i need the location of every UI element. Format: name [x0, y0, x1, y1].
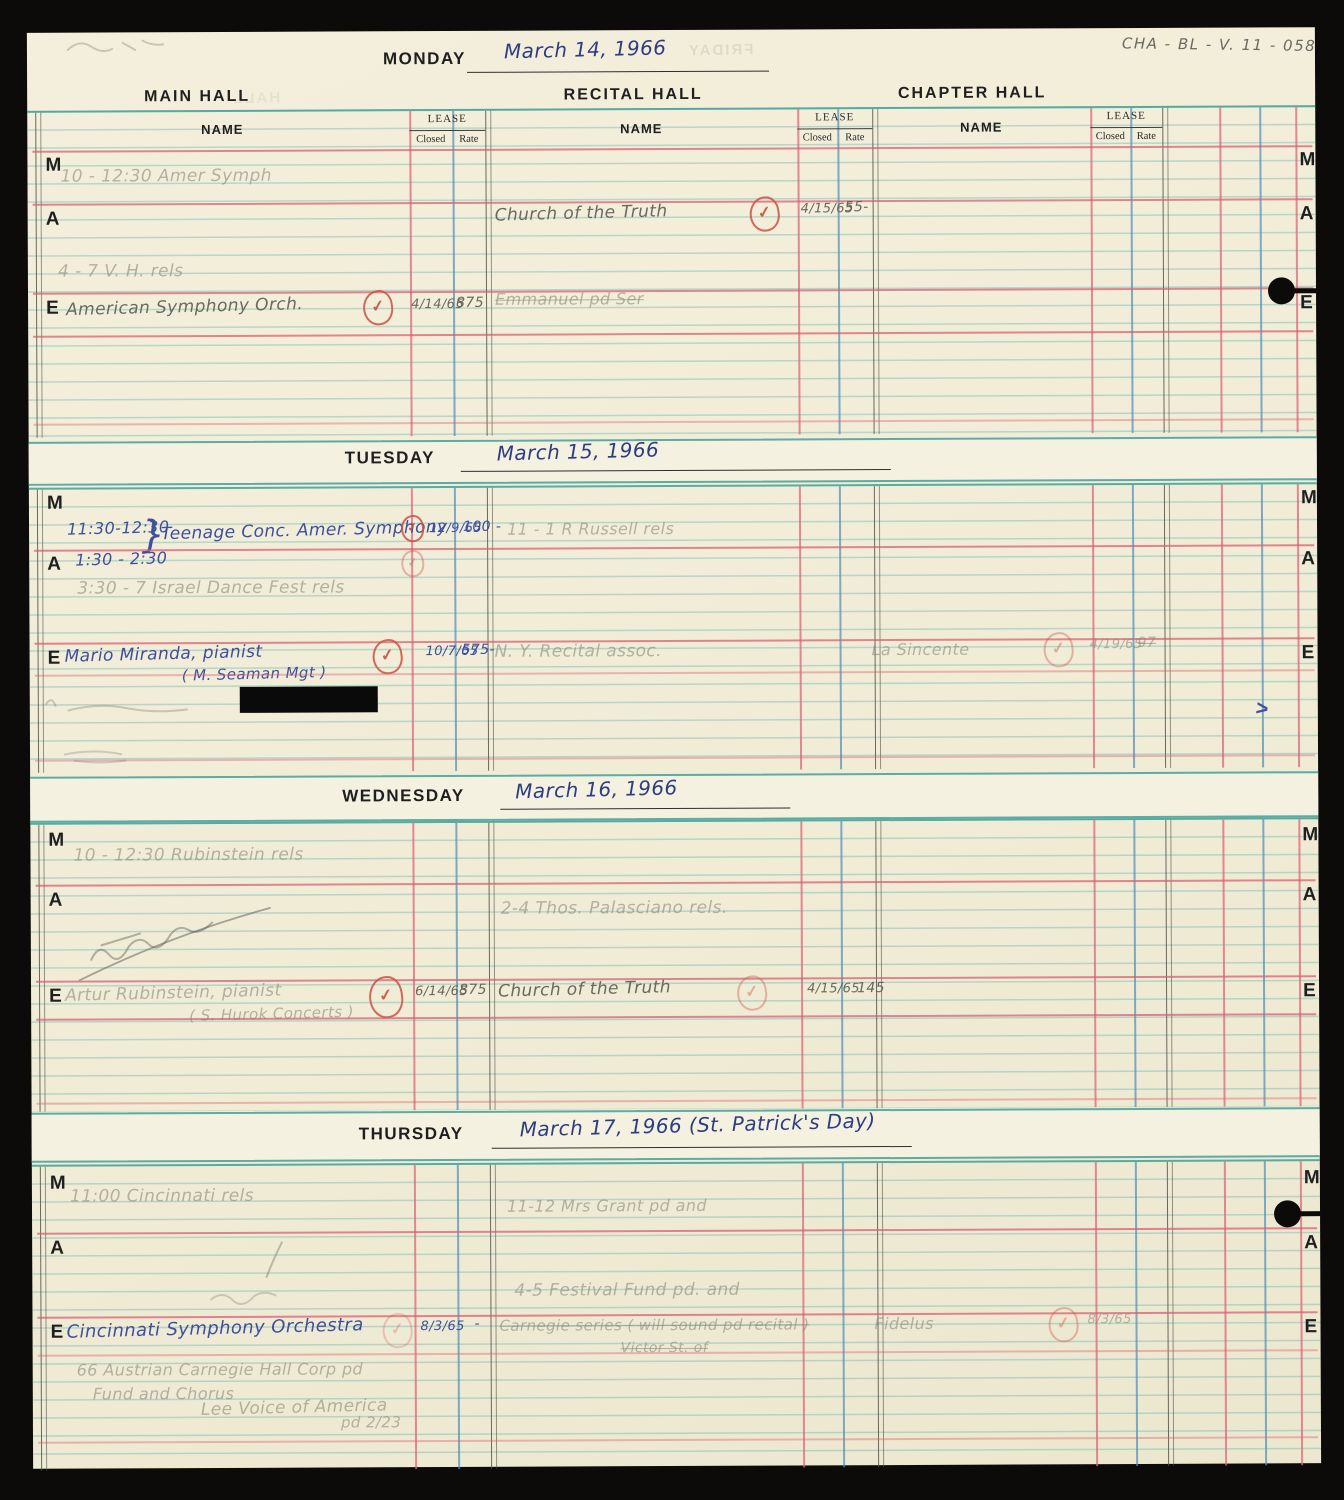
day-label-tuesday: TUESDAY [345, 448, 435, 468]
row-label-morning-next: M [1302, 824, 1318, 846]
row-label-afternoon-next: A [1301, 548, 1315, 570]
column-rule [409, 111, 412, 436]
pencil-smudge [62, 32, 172, 60]
day-label-monday: MONDAY [383, 49, 466, 69]
column-rule [842, 1163, 845, 1467]
lease-rate-struck: 97 [1138, 635, 1157, 651]
column-rule [1167, 1162, 1174, 1466]
catalog-number: CHA - BL - V. 11 - 058 [1122, 34, 1317, 55]
column-rule [412, 823, 415, 1110]
column-rule [837, 109, 840, 434]
entry-handwriting: 3:30 - 7 Israel Dance Fest rels [77, 577, 344, 598]
entry-handwriting: N. Y. Recital assoc. [495, 641, 662, 662]
entry-handwriting: 11 - 1 R Russell rels [507, 519, 674, 539]
column-rule [1164, 485, 1171, 768]
pencil-stroke [260, 1238, 290, 1283]
row-label-evening: E [48, 648, 61, 670]
column-rule [457, 1165, 460, 1469]
lease-header-main: LEASE [409, 113, 485, 125]
day-label-thursday: THURSDAY [359, 1124, 464, 1144]
ledger-page: FRIDAY HALL SATURDAY CHA - BL - V. 11 - … [27, 27, 1321, 1469]
date-wednesday: March 16, 1966 [515, 775, 678, 803]
entry-handwriting-struck: Emmanuel pd Ser [495, 289, 644, 309]
column-rule [800, 821, 803, 1108]
row-label-evening: E [46, 298, 59, 320]
date-rule [467, 71, 769, 74]
entry-handwriting: 4-5 Festival Fund pd. and [514, 1280, 740, 1301]
day-label-wednesday: WEDNESDAY [342, 786, 465, 807]
lease-closed-date: 8/3/65 [1087, 1312, 1131, 1327]
entry-handwriting: 10 - 12:30 Amer Symph [60, 166, 271, 187]
column-rule [455, 823, 458, 1110]
binder-hole [1274, 1200, 1301, 1227]
column-rule [1092, 485, 1095, 768]
column-rule [1262, 819, 1265, 1106]
column-rule [799, 486, 802, 769]
column-rule [414, 1165, 417, 1469]
name-column-header-recital: NAME [541, 121, 741, 137]
rate-column-header-chapter: Rate [1130, 131, 1162, 142]
column-rule [1224, 1162, 1227, 1466]
bleed-through-text: FRIDAY [687, 41, 754, 59]
row-label-morning: M [48, 830, 64, 852]
column-rule [485, 111, 492, 436]
row-label-evening-next: E [1304, 1316, 1317, 1338]
row-label-morning: M [45, 155, 61, 177]
column-rule [1219, 108, 1222, 433]
column-rule [1222, 820, 1225, 1107]
entry-handwriting: 66 Austrian Carnegie Hall Corp pd [77, 1359, 363, 1379]
column-rule [1132, 485, 1135, 768]
name-column-header-main: NAME [122, 122, 322, 138]
struck-scribble [71, 890, 281, 986]
entry-handwriting-struck: Carnegie series ( will sound pd recital … [499, 1315, 809, 1334]
column-rule [1300, 1161, 1303, 1465]
column-rule [797, 109, 800, 434]
name-column-header-chapter: NAME [881, 119, 1081, 135]
column-rule [1298, 819, 1301, 1106]
column-rule [1264, 1161, 1267, 1465]
date-tuesday: March 15, 1966 [496, 437, 659, 465]
hall-header-recital: RECITAL HALL [523, 86, 743, 105]
column-rule [874, 486, 881, 769]
column-rule [1261, 484, 1264, 767]
row-label-morning-next: M [1304, 1167, 1320, 1189]
column-rule [872, 109, 879, 434]
row-label-evening-next: E [1302, 642, 1315, 664]
row-label-evening: E [49, 986, 62, 1008]
column-rule [452, 111, 455, 436]
column-rule [1259, 107, 1262, 432]
entry-handwriting: pd 2/23 [341, 1413, 401, 1431]
column-rule [1221, 485, 1224, 768]
entry-handwriting: 4 - 7 V. H. rels [58, 261, 184, 282]
closed-column-header-chapter: Closed [1090, 131, 1130, 142]
row-label-morning-next: M [1299, 149, 1315, 171]
column-rule [38, 825, 45, 1112]
row-label-afternoon: A [47, 554, 61, 576]
rate-column-header-recital: Rate [837, 132, 872, 143]
row-label-morning-next: M [1301, 487, 1317, 509]
hall-header-main: MAIN HALL [97, 88, 297, 107]
row-label-afternoon-next: A [1300, 203, 1314, 225]
lease-rate: 55- [845, 199, 869, 215]
entry-handwriting: 11:00 Cincinnati rels [70, 1186, 254, 1207]
row-label-afternoon-next: A [1304, 1232, 1318, 1254]
column-rule [1090, 108, 1093, 433]
lease-rate: 100 - [463, 519, 501, 535]
lease-header-recital: LEASE [797, 111, 872, 123]
column-rule [488, 823, 495, 1110]
row-label-evening: E [50, 1322, 63, 1344]
column-rule [1297, 484, 1300, 767]
row-label-afternoon: A [50, 1238, 64, 1260]
column-rule [1162, 108, 1169, 433]
tuesday-title-band [29, 436, 1317, 486]
column-rule [40, 1167, 47, 1471]
entry-handwriting: 2-4 Thos. Palasciano rels. [501, 898, 728, 919]
column-rule [875, 821, 882, 1108]
row-label-afternoon: A [49, 890, 63, 912]
date-monday: March 14, 1966 [504, 35, 667, 63]
row-label-afternoon: A [46, 209, 60, 231]
monday-table [27, 105, 1316, 438]
lease-rate: - [474, 1316, 480, 1332]
entry-handwriting-struck: Victor St. of [621, 1340, 708, 1356]
closed-column-header-recital: Closed [797, 132, 837, 143]
lease-closed-date: 4/15/65 [807, 981, 860, 996]
column-rule [1165, 820, 1172, 1107]
pencil-stroke [204, 1284, 284, 1310]
row-label-morning: M [50, 1173, 66, 1195]
pencil-scribble [60, 744, 190, 767]
entry-handwriting: La Sincente [872, 640, 970, 659]
column-rule [1295, 107, 1298, 432]
column-rule [35, 113, 42, 438]
entry-handwriting: 10 - 12:30 Rubinstein rels [73, 845, 303, 866]
lease-header-chapter: LEASE [1090, 110, 1162, 122]
hall-header-chapter: CHAPTER HALL [862, 84, 1082, 103]
lease-rate: 575- [462, 642, 495, 658]
entry-handwriting: Fidelus [874, 1314, 933, 1333]
entry-handwriting: 11-12 Mrs Grant pd and [507, 1196, 707, 1216]
column-rule [839, 486, 842, 769]
lease-rate: 145 [857, 980, 885, 996]
column-rule [490, 1165, 497, 1469]
column-rule [1093, 820, 1096, 1107]
lease-closed-date: 8/3/65 [420, 1319, 464, 1334]
lease-rate: 875 [459, 982, 487, 998]
column-rule [1133, 820, 1136, 1107]
column-rule [1130, 108, 1133, 433]
lease-rate: 875 [456, 295, 484, 311]
column-rule [840, 821, 843, 1108]
pencil-scribble [38, 690, 188, 736]
row-label-evening-next: E [1300, 292, 1313, 314]
binder-hole [1268, 277, 1295, 304]
redaction-bar [240, 686, 378, 713]
scanned-ledger-photo: { "catalog_number": "CHA - BL - V. 11 - … [0, 0, 1344, 1500]
row-label-afternoon-next: A [1303, 884, 1317, 906]
rate-column-header-main: Rate [452, 134, 485, 145]
entry-handwriting: 1:30 - 2:30 [75, 548, 168, 569]
lease-closed-date: 4/19/65 [1090, 637, 1143, 652]
row-label-morning: M [47, 493, 63, 515]
column-rule [1135, 1162, 1138, 1466]
row-label-evening-next: E [1303, 980, 1316, 1002]
closed-column-header-main: Closed [409, 134, 452, 145]
